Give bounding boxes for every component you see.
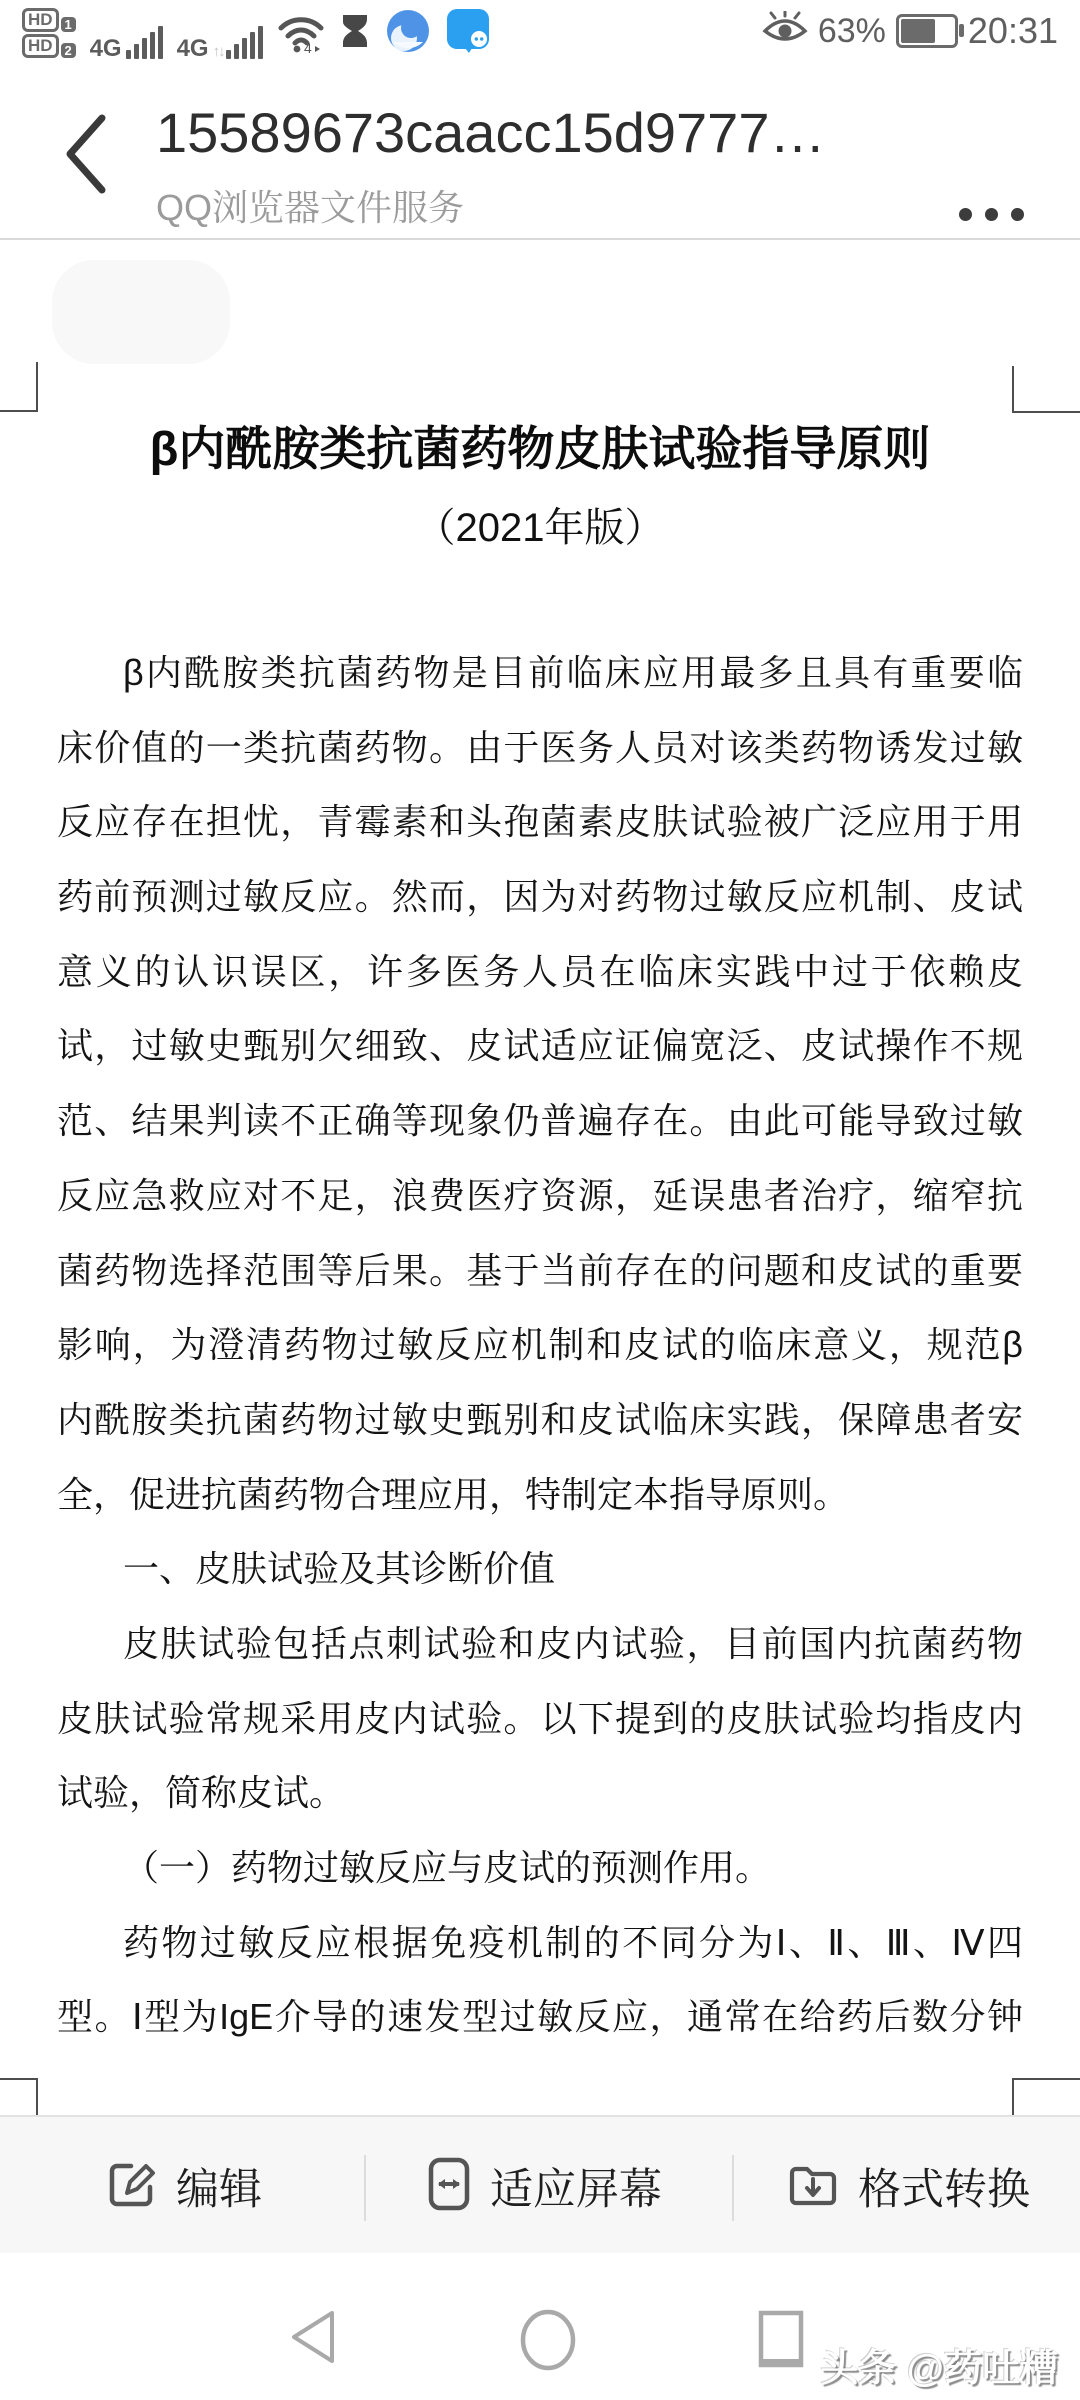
doc-line: 全，促进抗菌药物合理应用，特制定本指导原则。 bbox=[57, 1458, 1023, 1533]
doc-line: 药前预测过敏反应。然而，因为对药物过敏反应机制、皮试 bbox=[57, 860, 1023, 935]
doc-body: β内酰胺类抗菌药物是目前临床应用最多且具有重要临床价值的一类抗菌药物。由于医务人… bbox=[57, 636, 1023, 2055]
doc-line: （一）药物过敏反应与皮试的预测作用。 bbox=[57, 1831, 1023, 1906]
doc-line: 影响，为澄清药物过敏反应机制和皮试的临床意义，规范β bbox=[57, 1308, 1023, 1383]
faded-watermark-blob bbox=[52, 260, 230, 364]
nav-back-triangle-icon[interactable] bbox=[288, 2309, 338, 2370]
fit-screen-label: 适应屏幕 bbox=[490, 2156, 662, 2217]
hd-volte-icons: HD1 HD2 bbox=[22, 7, 76, 59]
phone-screen: HD1 HD2 4G 4G↑↓ 4 bbox=[0, 0, 1080, 2400]
file-service-label: QQ浏览器文件服务 bbox=[156, 180, 464, 231]
status-bar: HD1 HD2 4G 4G↑↓ 4 bbox=[0, 0, 1080, 62]
format-convert-icon bbox=[786, 2159, 840, 2214]
doc-line: 一、皮肤试验及其诊断价值 bbox=[57, 1532, 1023, 1607]
file-title: 15589673caacc15d9777… bbox=[156, 100, 916, 165]
doc-line: 试，过敏史甄别欠细致、皮试适应证偏宽泛、皮试操作不规 bbox=[57, 1009, 1023, 1084]
toolbar-divider-1 bbox=[364, 2155, 366, 2221]
hd1-badge: 1 bbox=[61, 17, 76, 32]
more-menu-button[interactable] bbox=[959, 208, 1024, 221]
doc-title: β内酰胺类抗菌药物皮肤试验指导原则 bbox=[0, 412, 1080, 479]
format-convert-button[interactable]: 格式转换 bbox=[786, 2117, 1030, 2255]
status-right-group: 63% 20:31 bbox=[762, 10, 1058, 52]
hd2-badge: 2 bbox=[61, 43, 76, 58]
format-convert-label: 格式转换 bbox=[858, 2156, 1030, 2217]
bottom-toolbar: 编辑 适应屏幕 格式转换 bbox=[0, 2115, 1080, 2253]
toutiao-watermark: 头条 @药吐糟 bbox=[820, 2337, 1058, 2392]
doc-line: 试验，简称皮试。 bbox=[57, 1756, 1023, 1831]
page-margin-mark-bottom-right bbox=[1012, 2078, 1080, 2115]
eye-protection-icon bbox=[762, 11, 808, 52]
battery-percent: 63% bbox=[818, 12, 886, 51]
fit-screen-button[interactable]: 适应屏幕 bbox=[426, 2117, 662, 2255]
doc-line: 意义的认识误区，许多医务人员在临床实践中过于依赖皮 bbox=[57, 935, 1023, 1010]
signal-4g-icon-1: 4G bbox=[90, 26, 163, 59]
doc-line: 药物过敏反应根据免疫机制的不同分为Ⅰ、Ⅱ、Ⅲ、Ⅳ四 bbox=[57, 1906, 1023, 1981]
page-margin-mark-bottom-left bbox=[0, 2078, 38, 2115]
doc-line: 反应存在担忧，青霉素和头孢菌素皮肤试验被广泛应用于用 bbox=[57, 785, 1023, 860]
document-page[interactable]: β内酰胺类抗菌药物皮肤试验指导原则 （2021年版） β内酰胺类抗菌药物是目前临… bbox=[0, 240, 1080, 2115]
hourglass-icon bbox=[339, 12, 371, 59]
doc-line: 反应急救应对不足，浪费医疗资源，延误患者治疗，缩窄抗 bbox=[57, 1159, 1023, 1234]
doc-subtitle: （2021年版） bbox=[0, 496, 1080, 553]
doc-line: 内酰胺类抗菌药物过敏史甄别和皮试临床实践，保障患者安 bbox=[57, 1383, 1023, 1458]
edit-button[interactable]: 编辑 bbox=[104, 2117, 262, 2255]
doc-line: 床价值的一类抗菌药物。由于医务人员对该类药物诱发过敏 bbox=[57, 711, 1023, 786]
svg-text:4: 4 bbox=[304, 40, 312, 54]
doc-line: 皮肤试验常规采用皮内试验。以下提到的皮肤试验均指皮内 bbox=[57, 1682, 1023, 1757]
battery-icon bbox=[896, 14, 958, 48]
toolbar-divider-2 bbox=[732, 2155, 734, 2221]
status-clock: 20:31 bbox=[968, 10, 1058, 52]
edit-pencil-icon bbox=[104, 2157, 158, 2216]
doc-line: 皮肤试验包括点刺试验和皮内试验，目前国内抗菌药物 bbox=[57, 1607, 1023, 1682]
nav-recents-square-icon[interactable] bbox=[757, 2309, 805, 2374]
qq-browser-app-icon bbox=[385, 8, 431, 59]
page-margin-mark-top-left bbox=[0, 362, 38, 412]
signal-4g-icon-2: 4G↑↓ bbox=[177, 26, 263, 59]
edit-label: 编辑 bbox=[176, 2156, 262, 2217]
status-left-icons: HD1 HD2 4G 4G↑↓ 4 bbox=[22, 3, 493, 59]
doc-line: 型。Ⅰ型为IgE介导的速发型过敏反应，通常在给药后数分钟 bbox=[57, 1980, 1023, 2055]
doc-line: 范、结果判读不正确等现象仍普遍存在。由此可能导致过敏 bbox=[57, 1084, 1023, 1159]
chat-app-icon bbox=[445, 6, 493, 59]
back-button[interactable] bbox=[62, 114, 108, 194]
page-margin-mark-top-right bbox=[1012, 366, 1080, 413]
doc-line: 菌药物选择范围等后果。基于当前存在的问题和皮试的重要 bbox=[57, 1234, 1023, 1309]
fit-screen-icon bbox=[426, 2156, 472, 2217]
nav-home-circle-icon[interactable] bbox=[519, 2309, 577, 2376]
android-navbar: 头条 @药吐糟 bbox=[0, 2253, 1080, 2400]
doc-line: β内酰胺类抗菌药物是目前临床应用最多且具有重要临 bbox=[57, 636, 1023, 711]
app-header: 15589673caacc15d9777… QQ浏览器文件服务 bbox=[0, 62, 1080, 240]
wifi-icon: 4 bbox=[277, 12, 325, 59]
